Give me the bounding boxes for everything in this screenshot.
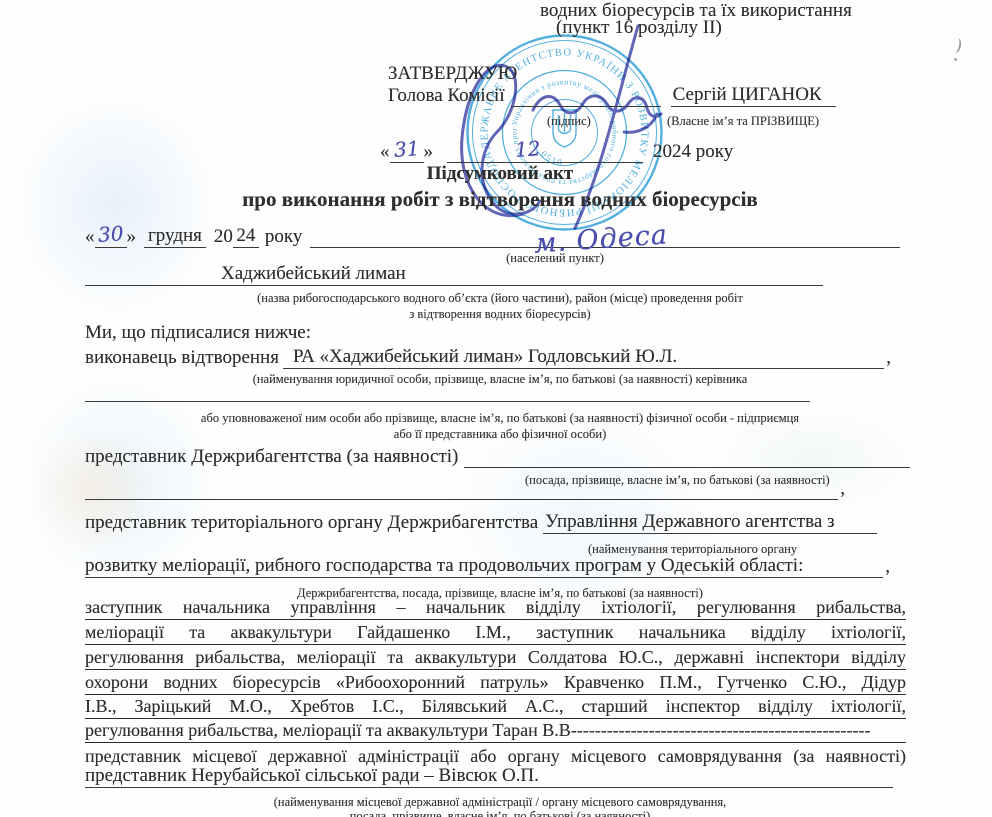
name-caption: (Власне ім’я та ПРІЗВИЩЕ)	[667, 114, 819, 128]
officials-line: заступник начальника управління – началь…	[85, 596, 906, 620]
local-rep-row: представник Нерубайської сільської ради …	[85, 765, 893, 788]
act-title-line1: Підсумковий акт	[85, 163, 915, 185]
chair-label: Голова Комісії	[388, 85, 511, 107]
approval-month-blank: 12	[447, 138, 643, 163]
agency-rep-row: представник Держрибагентства (за наявнос…	[85, 446, 910, 468]
agency-rep-blank-line	[464, 467, 910, 468]
roku-word: року	[265, 226, 302, 248]
water-body-line: Хаджибейський лиман	[85, 263, 823, 286]
handwritten-act-day: 30	[97, 222, 124, 246]
intro-text: Ми, що підписалися нижче:	[85, 322, 311, 344]
officials-line: охорони водних біоресурсів «Рибоохоронни…	[85, 671, 906, 695]
territorial-rep-row-2: розвитку меліорації, рибного господарств…	[85, 555, 890, 578]
territorial-rep-value-2: розвитку меліорації, рибного господарств…	[85, 555, 803, 576]
executor-caption-2: або уповноваженої ним особи або прізвище…	[85, 411, 915, 425]
scan-artifact	[954, 58, 957, 61]
officials-line: меліорації та аквакультури Гайдашенко І.…	[85, 621, 906, 645]
quote-mark: »	[127, 226, 137, 248]
year-filled: 24	[233, 225, 259, 248]
agency-rep-label: представник Держрибагентства (за наявнос…	[85, 446, 464, 468]
local-rep-caption-2: посада, прізвище, власне ім’я, по батько…	[85, 809, 915, 817]
date-place-row: « 30 » грудня 20 24 року м. Одеса	[85, 223, 900, 248]
quote-mark: «	[380, 141, 390, 163]
territorial-rep-caption-1: (найменування територіального органу	[588, 542, 797, 556]
executor-blank-line: РА «Хаджибейський лиман» Годловський Ю.Л…	[283, 346, 884, 369]
territorial-rep-line2: розвитку меліорації, рибного господарств…	[85, 555, 883, 578]
approve-label: ЗАТВЕРДЖУЮ	[388, 63, 517, 85]
executor-caption-3: або її представника або фізичної особи)	[85, 427, 915, 441]
territorial-rep-line1: Управління Державного агентства з	[543, 511, 877, 534]
act-day-blank: 30	[95, 223, 127, 248]
form-header-line2: (пункт 16 розділу ІІ)	[556, 17, 722, 39]
blank-line-row: ,	[85, 478, 845, 500]
local-rep-caption-1: (найменування місцевої державної адмініс…	[85, 795, 915, 809]
approval-date-row: « 31 » 12 2024 року	[380, 138, 733, 163]
month-word: грудня	[144, 225, 206, 248]
territorial-rep-label: представник територіального органу Держр…	[85, 512, 543, 534]
executor-row: виконавець відтворення РА «Хаджибейський…	[85, 346, 891, 369]
territorial-rep-row: представник територіального органу Держр…	[85, 511, 877, 534]
officials-line: І.В., Заріцький М.О., Хребтов І.С., Біля…	[85, 695, 906, 719]
place-blank-line: м. Одеса	[310, 247, 900, 248]
local-rep-value: представник Нерубайської сільської ради …	[85, 765, 539, 786]
handwritten-day: 31	[393, 137, 420, 161]
blank-line	[85, 499, 838, 500]
comma-mark: ,	[883, 556, 890, 578]
signature-line	[511, 106, 661, 107]
officials-line: регулювання рибальства, меліорації та ак…	[85, 719, 906, 743]
executor-value: РА «Хаджибейський лиман» Годловський Ю.Л…	[283, 346, 677, 367]
approval-day-blank: 31	[390, 138, 424, 163]
quote-mark: »	[424, 141, 434, 163]
approval-year-text: 2024 року	[653, 141, 733, 163]
signature-caption: (підпис)	[547, 114, 591, 128]
executor-label: виконавець відтворення	[85, 347, 283, 369]
water-body-caption-2: з відтворення водних біоресурсів)	[85, 307, 915, 321]
officials-line: регулювання рибальства, меліорації та ак…	[85, 646, 906, 670]
ink-signature	[405, 18, 675, 246]
comma-mark: ,	[884, 347, 891, 369]
blank-line	[85, 380, 810, 402]
territorial-rep-value-1: Управління Державного агентства з	[543, 511, 834, 532]
chair-row: Голова Комісії Сергій ЦИГАНОК	[388, 84, 825, 107]
water-body-caption-1: (назва рибогосподарського водного об’єкт…	[85, 291, 915, 305]
comma-mark: ,	[838, 478, 845, 500]
act-title-line2: про виконання робіт з відтворення водних…	[85, 188, 915, 210]
year-prefix: 20	[214, 226, 233, 248]
water-body-value: Хаджибейський лиман	[221, 263, 406, 284]
quote-mark: «	[85, 226, 95, 248]
scan-artifact	[951, 37, 963, 54]
scanned-act-document: ДЕРЖАВНЕ АГЕНТСТВО УКРАЇНИ З РОЗВИТКУ МЕ…	[0, 0, 992, 817]
handwritten-month: 12	[514, 137, 541, 161]
local-rep-line2-blank: представник Нерубайської сільської ради …	[85, 765, 893, 788]
chair-name: Сергій ЦИГАНОК	[671, 84, 836, 107]
